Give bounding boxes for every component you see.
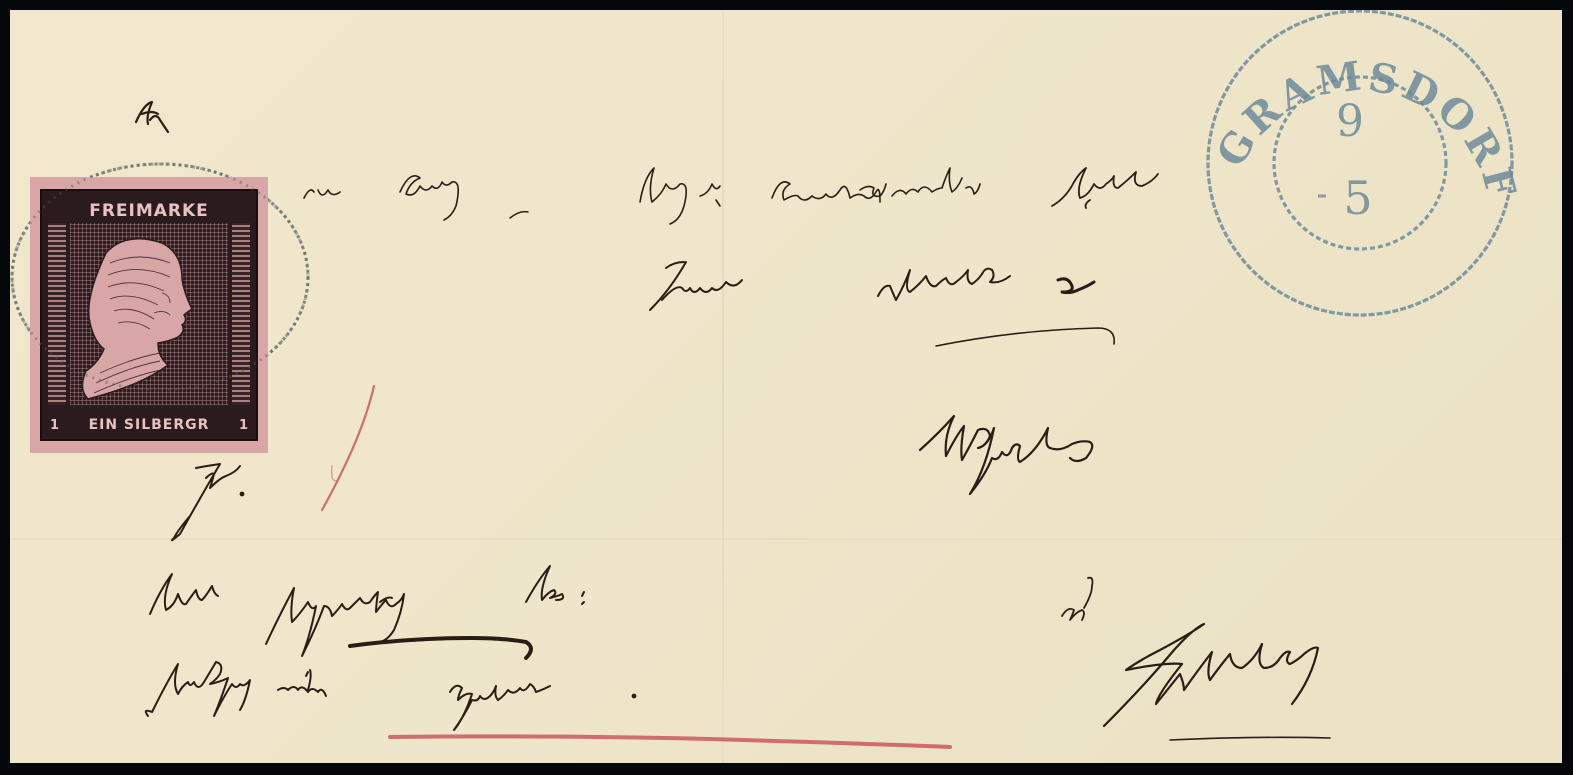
stamp-frame: FREIMARKE EIN SILBERGR 1 1 xyxy=(40,189,258,441)
stamp-bottom-label: EIN SILBERGR xyxy=(42,417,256,433)
stamp-right-ornament xyxy=(232,223,250,405)
stamp-value-left: 1 xyxy=(50,418,59,433)
stamp-top-label: FREIMARKE xyxy=(42,201,256,221)
stamp-value-right: 1 xyxy=(239,418,248,433)
envelope-paper: An die Königl. Kreis-Gericht-Anwalt d. K… xyxy=(10,10,1562,763)
stamp-left-ornament xyxy=(48,223,66,405)
stamp-portrait-field xyxy=(70,223,228,405)
postage-stamp: FREIMARKE EIN SILBERGR 1 1 xyxy=(30,177,268,453)
postmark-month: 5 xyxy=(1343,171,1372,225)
postmark-day: 9 xyxy=(1336,96,1364,147)
king-portrait-icon xyxy=(70,223,230,409)
